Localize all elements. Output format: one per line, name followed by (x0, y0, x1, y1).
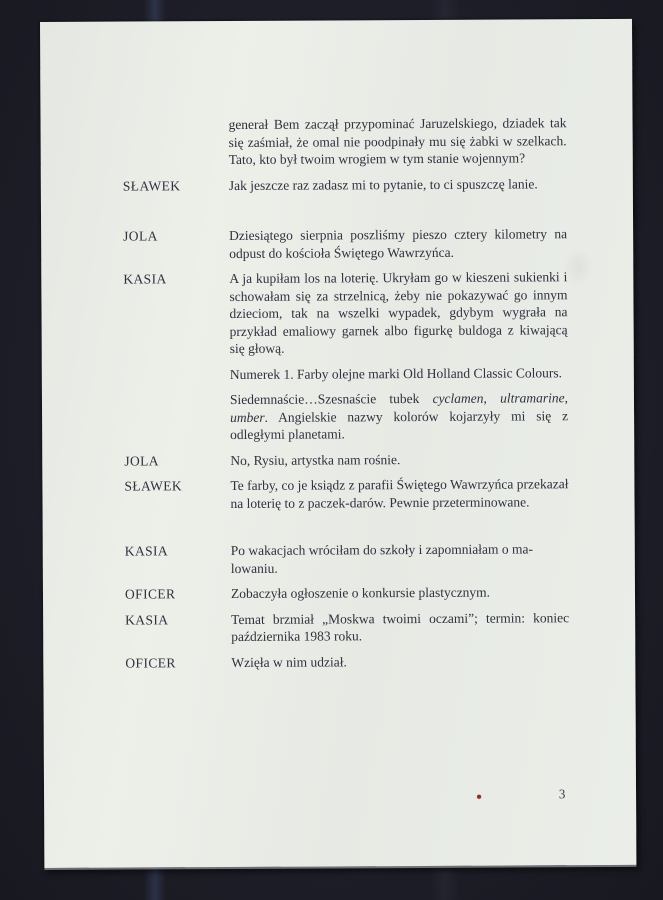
dialogue-block: OFICER Wzięła w nim udział. (125, 652, 569, 672)
dialogue-text: Temat brzmiał „Moskwa twoimi oczami”; te… (231, 609, 569, 646)
dialogue-text: Dziesiątego sierpnia poszliśmy pieszo cz… (229, 225, 567, 262)
dialogue-text-part: . Angielskie nazwy kolorów kojarzyły mi … (230, 408, 568, 442)
dialogue-text: Numerek 1. Farby olejne marki Old Hollan… (230, 364, 568, 383)
dialogue-block: JOLA No, Rysiu, artystka nam rośnie. (124, 450, 568, 470)
dialogue-block: Numerek 1. Farby olejne marki Old Hollan… (124, 364, 568, 384)
dialogue-text-part: Siedemnaście…Szesnaście tubek (230, 391, 433, 407)
dialogue-text-part: ultramarine (500, 390, 565, 405)
scan-smudge (563, 247, 593, 287)
dialogue-text: Te farby, co je ksiądz z parafii Święteg… (230, 475, 568, 512)
dialogue-text: generał Bem zaczął przypominać Jaruzelsk… (228, 114, 566, 168)
dialogue-text-part: , (565, 390, 568, 405)
dialogue-text: Jak jeszcze raz zadasz mi to pytanie, to… (229, 175, 567, 194)
red-dot-mark (477, 795, 481, 799)
dialogue-block: SŁAWEK Te farby, co je ksiądz z parafii … (124, 475, 568, 512)
speaker-name: SŁAWEK (124, 477, 230, 513)
speaker-name: OFICER (125, 654, 231, 672)
speaker-name (124, 366, 230, 384)
speaker-name (122, 116, 228, 169)
dialogue-block: KASIA A ja kupiłam los na loterię. Ukrył… (123, 268, 567, 358)
speaker-name: KASIA (123, 270, 229, 358)
dialogue-block: KASIA Temat brzmiał „Moskwa twoimi oczam… (125, 609, 569, 646)
dialogue-block: SŁAWEK Jak jeszcze raz zadasz mi to pyta… (123, 175, 567, 195)
dialogue-text-part: cyclamen (433, 391, 484, 406)
speaker-name: JOLA (123, 227, 229, 263)
dialogue-block: Siedemnaście…Szesnaście tubek cyclamen, … (124, 389, 568, 444)
script-content: generał Bem zaczął przypominać Jaruzelsk… (122, 114, 569, 679)
dialogue-text: Wzięła w nim udział. (231, 652, 569, 671)
dialogue-block: generał Bem zaczął przypominać Jaruzelsk… (122, 114, 566, 169)
dialogue-text: A ja kupiłam los na loterię. Ukryłam go … (229, 268, 567, 357)
speaker-name: KASIA (125, 611, 231, 647)
speaker-name: KASIA (125, 542, 231, 578)
dialogue-text-part: Po wakacjach wróciłam do szkoły i zapomn… (231, 541, 533, 558)
dialogue-text: No, Rysiu, artystka nam rośnie. (230, 450, 568, 469)
dialogue-block: JOLA Dziesiątego sierpnia poszliśmy pies… (123, 225, 567, 262)
document-page: generał Bem zaczął przypominać Jaruzelsk… (40, 19, 636, 868)
speaker-name: JOLA (124, 452, 230, 470)
dialogue-block: KASIA Po wakacjach wróciłam do szkoły i … (125, 540, 569, 577)
dialogue-text-part: lowaniu. (231, 560, 278, 575)
speaker-name: OFICER (125, 585, 231, 603)
dialogue-text: Po wakacjach wróciłam do szkoły i zapomn… (231, 540, 569, 577)
dialogue-text-part: , (483, 391, 500, 406)
speaker-name: SŁAWEK (123, 177, 229, 195)
dialogue-text: Zobaczyła ogłoszenie o konkursie plastyc… (231, 583, 569, 602)
page-number: 3 (552, 786, 572, 802)
speaker-name (124, 391, 230, 444)
dialogue-text-part: umber (230, 409, 265, 424)
dialogue-block: OFICER Zobaczyła ogłoszenie o konkursie … (125, 583, 569, 603)
dialogue-text: Siedemnaście…Szesnaście tubek cyclamen, … (230, 389, 568, 443)
